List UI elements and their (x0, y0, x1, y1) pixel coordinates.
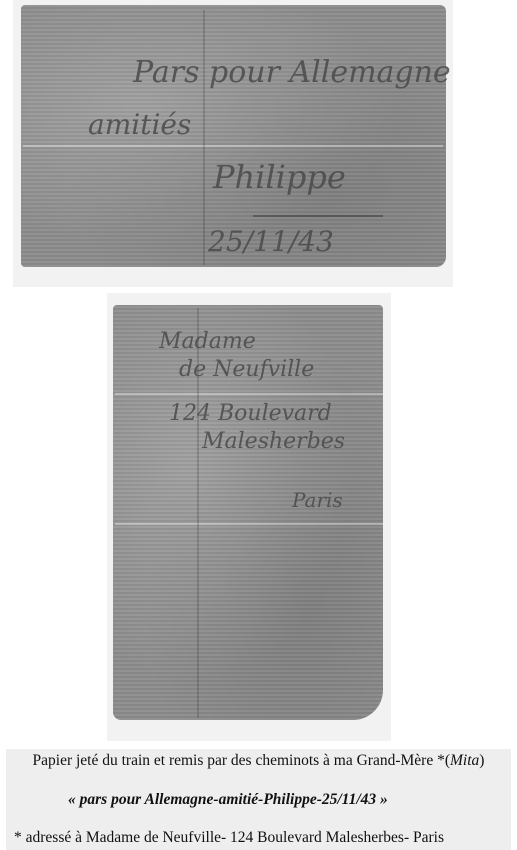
caption-box: Papier jeté du train et remis par des ch… (6, 749, 511, 850)
caption-italic-name: Mita (450, 752, 479, 769)
photo-note-front: Pars pour Allemagne amitiés Philippe 25/… (13, 0, 453, 287)
handwriting-line: Madame (159, 329, 256, 354)
fold-line (23, 145, 443, 147)
caption-footnote: * adressé à Madame de Neufville- 124 Bou… (14, 829, 517, 847)
handwriting-line: 124 Boulevard (169, 401, 332, 426)
caption-text: Papier jeté du train et remis par des ch… (33, 752, 451, 769)
handwriting-line: Paris (292, 488, 343, 512)
handwriting-line: Malesherbes (202, 429, 345, 454)
photo-note-back: Madame de Neufville 124 Boulevard Malesh… (107, 293, 391, 741)
handwriting-line: de Neufville (179, 357, 314, 382)
handwriting-line: Pars pour Allemagne (133, 55, 451, 90)
fold-line (115, 393, 383, 395)
caption-quote: « pars pour Allemagne-amitié-Philippe-25… (68, 791, 517, 809)
underline (253, 215, 383, 217)
handwriting-line: amitiés (88, 108, 191, 141)
handwriting-line: 25/11/43 (208, 225, 334, 258)
caption-text: ) (479, 752, 484, 769)
fold-line (203, 10, 205, 265)
caption-line-1: Papier jeté du train et remis par des ch… (6, 752, 511, 770)
handwriting-line: Philippe (213, 158, 346, 196)
fold-line (115, 523, 383, 525)
